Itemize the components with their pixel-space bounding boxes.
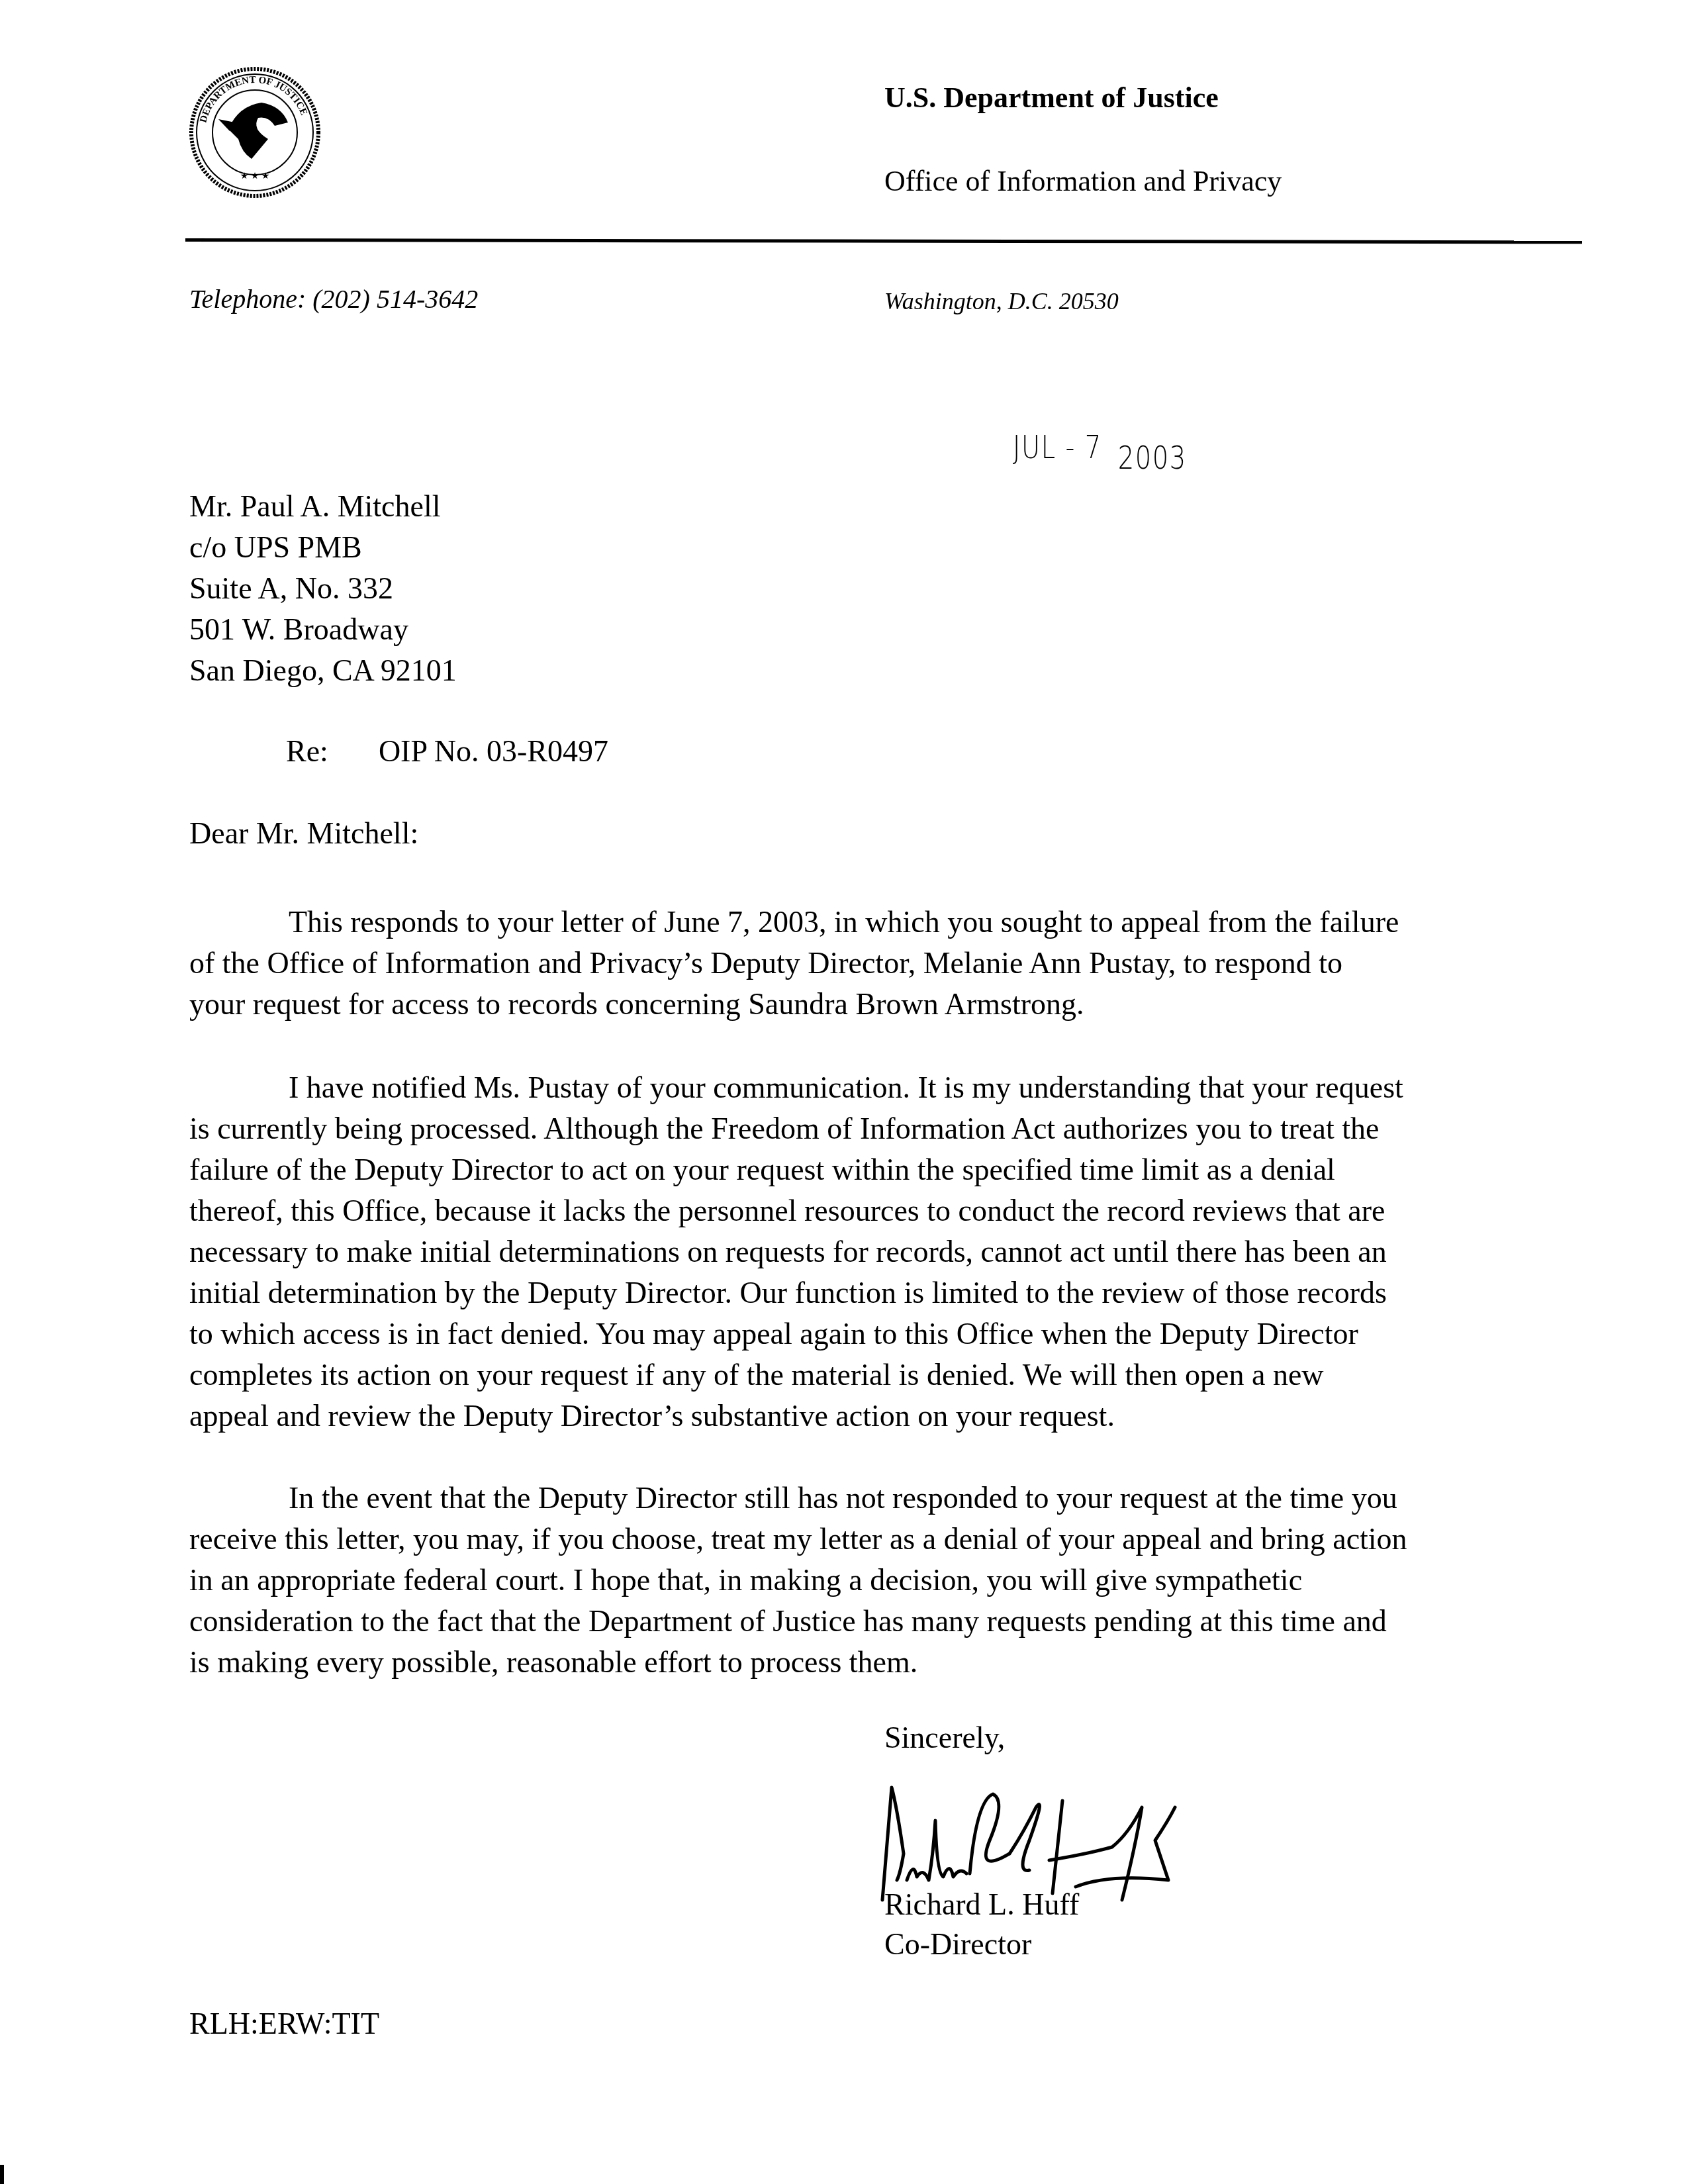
salutation: Dear Mr. Mitchell: (189, 816, 418, 851)
department-name: U.S. Department of Justice (884, 81, 1219, 115)
office-name: Office of Information and Privacy (884, 164, 1282, 198)
paragraph-line: necessary to make initial determinations… (189, 1231, 1533, 1272)
reference-label: Re: (286, 734, 328, 768)
address-line: Mr. Paul A. Mitchell (189, 486, 457, 527)
reference-initials: RLH:ERW:TIT (189, 2006, 379, 2041)
body-paragraph-2: I have notified Ms. Pustay of your commu… (189, 1067, 1533, 1437)
recipient-address: Mr. Paul A. Mitchell c/o UPS PMB Suite A… (189, 486, 457, 691)
address-line: 501 W. Broadway (189, 609, 457, 650)
paragraph-line: your request for access to records conce… (189, 984, 1533, 1025)
department-of-justice-seal-icon: ★ ★ ★ DEPARTMENT OF JUSTICE (189, 66, 321, 199)
date-stamp-month-day: JUL - 7 (1013, 429, 1102, 466)
date-stamp-year: 2003 (1118, 440, 1187, 477)
paragraph-line: failure of the Deputy Director to act on… (189, 1149, 1533, 1190)
body-paragraph-3: In the event that the Deputy Director st… (189, 1478, 1533, 1683)
paragraph-line: receive this letter, you may, if you cho… (189, 1519, 1533, 1560)
paragraph-line: thereof, this Office, because it lacks t… (189, 1190, 1533, 1231)
reference-number: OIP No. 03-R0497 (379, 734, 608, 768)
address-line: San Diego, CA 92101 (189, 650, 457, 691)
paragraph-line: This responds to your letter of June 7, … (189, 902, 1533, 943)
paragraph-line: consideration to the fact that the Depar… (189, 1601, 1533, 1642)
body-paragraph-1: This responds to your letter of June 7, … (189, 902, 1533, 1025)
signer-name: Richard L. Huff (884, 1887, 1079, 1922)
paragraph-line: appeal and review the Deputy Director’s … (189, 1396, 1533, 1437)
paragraph-line: In the event that the Deputy Director st… (189, 1478, 1533, 1519)
paragraph-line: of the Office of Information and Privacy… (189, 943, 1533, 984)
paragraph-line: in an appropriate federal court. I hope … (189, 1560, 1533, 1601)
telephone: Telephone: (202) 514-3642 (189, 283, 478, 314)
address-line: Suite A, No. 332 (189, 568, 457, 609)
svg-text:★ ★ ★: ★ ★ ★ (240, 171, 270, 181)
letterhead-divider (185, 238, 1582, 244)
date-stamp: JUL - 72003 (1013, 429, 1187, 466)
paragraph-line: I have notified Ms. Pustay of your commu… (189, 1067, 1533, 1108)
address-line: c/o UPS PMB (189, 527, 457, 568)
reference-line: Re:OIP No. 03-R0497 (286, 734, 608, 769)
office-location: Washington, D.C. 20530 (884, 287, 1119, 315)
scan-edge-mark (0, 2165, 4, 2184)
paragraph-line: is currently being processed. Although t… (189, 1108, 1533, 1149)
paragraph-line: to which access is in fact denied. You m… (189, 1313, 1533, 1354)
paragraph-line: completes its action on your request if … (189, 1354, 1533, 1396)
signer-title: Co-Director (884, 1926, 1031, 1962)
paragraph-line: initial determination by the Deputy Dire… (189, 1272, 1533, 1313)
paragraph-line: is making every possible, reasonable eff… (189, 1642, 1533, 1683)
valediction: Sincerely, (884, 1720, 1005, 1755)
